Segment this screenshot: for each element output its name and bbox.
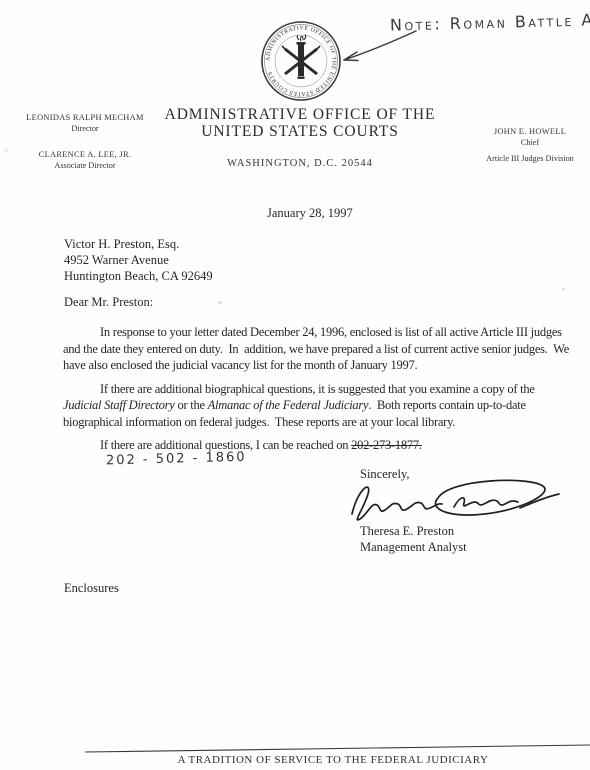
signer-title: Management Analyst	[360, 540, 467, 556]
agency-address: WASHINGTON, D.C. 20544	[145, 158, 455, 169]
official-title: Associate Director	[10, 160, 160, 171]
publication-title: Judicial Staff Directory	[63, 398, 175, 412]
signature-block: Theresa E. Preston Management Analyst	[360, 524, 467, 555]
official-chief: JOHN E. HOWELL Chief Article III Judges …	[455, 126, 590, 164]
phone-number-struck: 202-273-1877.	[351, 438, 422, 452]
paragraph-2-text: or the	[175, 398, 208, 412]
enclosures-note: Enclosures	[64, 581, 119, 596]
official-associate-director: CLARENCE A. LEE, JR. Associate Director	[10, 149, 160, 171]
paragraph-3: If there are additional questions, I can…	[63, 437, 570, 471]
signature-icon	[338, 474, 563, 530]
handwritten-phone-number: 202 - 502 - 1860	[69, 449, 247, 470]
agency-seal-icon: ADMINISTRATIVE OFFICE OF THE UNITED STAT…	[259, 19, 343, 103]
agency-title: ADMINISTRATIVE OFFICE OF THE UNITED STAT…	[145, 106, 455, 140]
recipient-city: Huntington Beach, CA 92649	[64, 269, 213, 285]
official-name: JOHN E. HOWELL	[455, 126, 590, 137]
letter-body: In response to your letter dated Decembe…	[63, 324, 570, 478]
footer-tagline: A TRADITION OF SERVICE TO THE FEDERAL JU…	[75, 754, 590, 766]
official-title: Chief	[455, 137, 590, 148]
publication-title: Almanac of the Federal Judiciary	[208, 398, 369, 412]
recipient-name: Victor H. Preston, Esq.	[64, 237, 213, 253]
scanned-letter-page: Note: Roman Battle A ADMINISTRATIVE OFFI…	[0, 0, 590, 770]
official-director: LEONIDAS RALPH MECHAM Director	[10, 112, 160, 134]
salutation: Dear Mr. Preston:	[64, 295, 153, 310]
signer-name: Theresa E. Preston	[360, 524, 467, 540]
official-title: Director	[10, 123, 160, 134]
scan-speck	[562, 288, 565, 291]
scan-speck	[218, 301, 222, 304]
letter-date: January 28, 1997	[267, 206, 353, 221]
handwritten-arrow-icon	[336, 27, 420, 71]
official-name: LEONIDAS RALPH MECHAM	[10, 112, 160, 123]
agency-title-line1: ADMINISTRATIVE OFFICE OF THE	[145, 106, 455, 123]
recipient-street: 4952 Warner Avenue	[64, 253, 213, 269]
agency-title-line2: UNITED STATES COURTS	[145, 123, 455, 140]
paragraph-2: If there are additional biographical que…	[63, 381, 570, 431]
recipient-address-block: Victor H. Preston, Esq. 4952 Warner Aven…	[64, 237, 213, 284]
scan-speck	[3, 148, 9, 153]
official-name: CLARENCE A. LEE, JR.	[10, 149, 160, 160]
official-division: Article III Judges Division	[455, 153, 590, 164]
seal-emblem-icon	[282, 35, 320, 79]
paragraph-2-text: If there are additional biographical que…	[100, 382, 538, 396]
paragraph-1: In response to your letter dated Decembe…	[63, 324, 570, 374]
